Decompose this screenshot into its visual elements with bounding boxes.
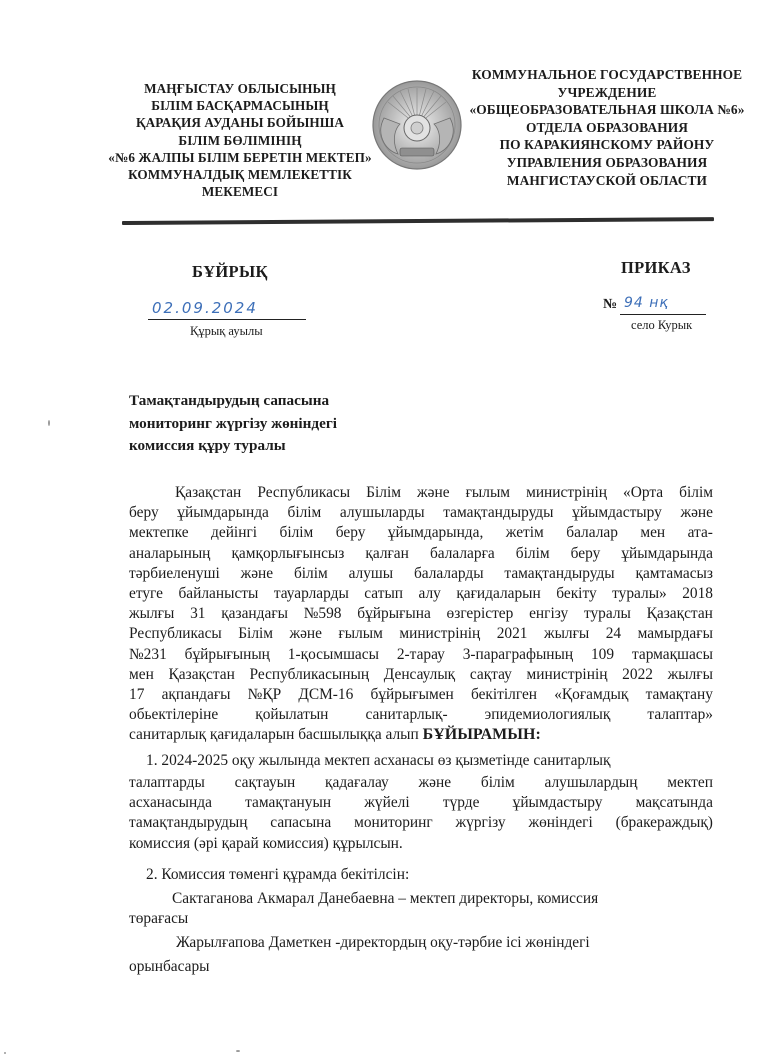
- decree-word: БҰЙЫРАМЫН:: [423, 726, 541, 743]
- word: «Орта: [623, 483, 663, 503]
- word: жылғы: [668, 665, 713, 685]
- word: алу: [419, 584, 441, 604]
- word: ғылым: [338, 624, 382, 644]
- justified-line: мектепкедейінгібілімберуұйымдарында,жеті…: [129, 523, 713, 543]
- header-ru-line: УПРАВЛЕНИЯ ОБРАЗОВАНИЯ: [462, 154, 752, 172]
- item-1-body: талаптардысақтауынқадағалаужәнебілімалуш…: [129, 773, 713, 854]
- word: туралы»: [612, 584, 667, 604]
- word: 24: [606, 624, 621, 644]
- word: жетім: [506, 523, 544, 543]
- word: түрде: [443, 793, 480, 813]
- header-kz-line: БІЛІМ БАСҚАРМАСЫНЫҢ: [100, 97, 380, 114]
- word: ата-: [688, 523, 713, 543]
- word: және: [680, 503, 713, 523]
- word: бекіту: [556, 584, 596, 604]
- word: тамақтану: [646, 685, 713, 705]
- word: асханасында: [129, 793, 212, 813]
- header-ru-line: «ОБЩЕОБРАЗОВАТЕЛЬНАЯ ШКОЛА №6»: [462, 101, 752, 119]
- word: Республикасы: [129, 624, 222, 644]
- scan-speck: [236, 1050, 240, 1052]
- word: 2018: [682, 584, 713, 604]
- justified-line: тәрбиеленушіжәнебілімалушыбалалардытамақ…: [129, 564, 713, 584]
- word: бекітілген: [471, 685, 537, 705]
- word: Қазақстан: [175, 483, 241, 503]
- justified-line: ҚазақстанРеспубликасыБілімжәнеғылымминис…: [129, 483, 713, 503]
- word: Қазақстан: [169, 665, 235, 685]
- word: Білім: [238, 624, 273, 644]
- word: мақсатында: [636, 793, 713, 813]
- order-number-sign: №: [603, 297, 617, 313]
- date-underline: [148, 319, 306, 320]
- word: тармақшасы: [632, 645, 713, 665]
- justified-line: обьектілерінеқойылатынсанитарлық-эпидеми…: [129, 705, 713, 725]
- word: ұйымдарында,: [388, 523, 483, 543]
- word: эпидемиологиялық: [485, 705, 611, 725]
- word: санитарлық-: [365, 705, 447, 725]
- order-date-handwritten: 02.09.2024: [152, 299, 258, 317]
- document-page: МАҢҒЫСТАУ ОБЛЫСЫНЫҢ БІЛІМ БАСҚАРМАСЫНЫҢ …: [0, 0, 768, 1056]
- word: «Қоғамдық: [554, 685, 628, 705]
- word: бұйрығының: [185, 645, 270, 665]
- word: мектепке: [129, 523, 189, 543]
- item-2: 2. Комиссия төменгі құрамда бекітілсін:: [146, 866, 409, 884]
- number-underline: [620, 314, 706, 315]
- order-number-handwritten: 94 нқ: [624, 295, 669, 311]
- word: және: [417, 483, 450, 503]
- word: тамақтандыруды: [443, 503, 553, 523]
- header-ru-line: ОТДЕЛА ОБРАЗОВАНИЯ: [462, 119, 752, 137]
- word: талаптар»: [647, 705, 713, 725]
- preamble: ҚазақстанРеспубликасыБілімжәнеғылымминис…: [129, 483, 713, 746]
- word: білім: [294, 564, 328, 584]
- word: сақтауын: [235, 773, 296, 793]
- justified-line: тамақтандырудыңсапасынамониторингжүргізу…: [129, 813, 713, 833]
- word: министрінің: [527, 665, 608, 685]
- word: 109: [591, 645, 614, 665]
- place-kz: Құрық ауылы: [190, 324, 263, 339]
- word: жылғы: [129, 604, 174, 624]
- preamble-text: санитарлық қағидаларын басшылыққа алып: [129, 726, 423, 743]
- word: балаларға: [430, 544, 495, 564]
- header-divider: [122, 217, 714, 225]
- word: тәрбиеленуші: [129, 564, 220, 584]
- word: ғылым: [466, 483, 510, 503]
- word: беру: [336, 523, 366, 543]
- word: №231: [129, 645, 167, 665]
- word: Республикасы: [257, 483, 350, 503]
- word: №ҚР: [248, 685, 282, 705]
- word: қағидаларын: [456, 584, 540, 604]
- word: жүйелі: [364, 793, 409, 813]
- word: 2022: [622, 665, 653, 685]
- subject-line: Тамақтандырудың сапасына: [129, 390, 337, 413]
- word: ұйымдастыру: [572, 503, 662, 523]
- word: 2-тарау: [397, 645, 445, 665]
- word: және: [419, 773, 452, 793]
- scan-speck: [4, 1052, 6, 1054]
- order-title-ru: ПРИКАЗ: [621, 258, 691, 278]
- word: қойылатын: [255, 705, 328, 725]
- word: білім: [279, 523, 313, 543]
- item-1-first-line: 1. 2024-2025 оқу жылында мектеп асханасы…: [146, 752, 610, 770]
- justified-line: 17ақпандағы№ҚРДСМ-16бұйрығыменбекітілген…: [129, 685, 713, 705]
- justified-line: жылғы31қазандағы№598бұйрығынаөзгерістере…: [129, 604, 713, 624]
- word: жүргізу: [456, 813, 506, 833]
- word: ақпандағы: [162, 685, 231, 705]
- word: туралы: [584, 604, 631, 624]
- header-ru-line: МАНГИСТАУСКОЙ ОБЛАСТИ: [462, 172, 752, 190]
- word: №598: [304, 604, 342, 624]
- word: ұйымдарында: [177, 503, 269, 523]
- word: тамақтандыруды: [504, 564, 614, 584]
- word: 2021: [497, 624, 528, 644]
- word: білім: [481, 773, 515, 793]
- word: министрінің: [399, 624, 480, 644]
- word: аналарының: [129, 544, 210, 564]
- word: қадағалау: [325, 773, 389, 793]
- member-2-line-2: орынбасары: [129, 958, 210, 976]
- word: 1-қосымшасы: [288, 645, 379, 665]
- header-ru: КОММУНАЛЬНОЕ ГОСУДАРСТВЕННОЕ УЧРЕЖДЕНИЕ …: [462, 66, 752, 189]
- member-2-line-1: Жарылғапова Даметкен -директордың оқу-тә…: [176, 934, 590, 952]
- header-kz-line: «№6 ЖАЛПЫ БІЛІМ БЕРЕТІН МЕКТЕП»: [100, 149, 380, 166]
- member-1-line-2: төрағасы: [129, 910, 188, 928]
- word: және: [241, 564, 274, 584]
- word: жылғы: [544, 624, 589, 644]
- word: қазандағы: [221, 604, 288, 624]
- word: мониторинг: [354, 813, 433, 833]
- justified-line: етугебайланыстытауарлардысатыпалуқағидал…: [129, 584, 713, 604]
- word: мамырдағы: [638, 624, 713, 644]
- word: талаптарды: [129, 773, 205, 793]
- word: мен: [129, 665, 154, 685]
- word: алушы: [349, 564, 394, 584]
- word: қамтамасыз: [635, 564, 713, 584]
- word: бұйрығына: [357, 604, 431, 624]
- subject-line: комиссия құру туралы: [129, 435, 337, 458]
- word: етуге: [129, 584, 163, 604]
- word: сақтау: [470, 665, 512, 685]
- word: ДСМ-16: [298, 685, 353, 705]
- word: бұйрығымен: [371, 685, 454, 705]
- word: тауарларды: [274, 584, 349, 604]
- member-1-line-1: Сактаганова Акмарал Данебаевна – мектеп …: [172, 890, 598, 908]
- justified-line: №231бұйрығының1-қосымшасы2-тарау3-парагр…: [129, 645, 713, 665]
- word: жөніндегі: [528, 813, 592, 833]
- word: балалар: [566, 523, 618, 543]
- word: ұйымдарында: [621, 544, 713, 564]
- justified-line: беруұйымдарындабілімалушылардытамақтанды…: [129, 503, 713, 523]
- word: білім: [679, 483, 713, 503]
- word: өзгерістер: [447, 604, 514, 624]
- word: тамақтануын: [245, 793, 331, 813]
- preamble-last-line: санитарлық қағидаларын басшылыққа алып Б…: [129, 725, 713, 745]
- word: қамқорлығынсыз: [231, 544, 344, 564]
- header-kz-line: КОММУНАЛДЫҚ МЕМЛЕКЕТТІК: [100, 166, 380, 183]
- word: алушыларды: [340, 503, 425, 523]
- header-ru-line: ПО КАРАКИЯНСКОМУ РАЙОНУ: [462, 136, 752, 154]
- word: беру: [571, 544, 601, 564]
- header-ru-line: КОММУНАЛЬНОЕ ГОСУДАРСТВЕННОЕ: [462, 66, 752, 84]
- word: қалған: [365, 544, 409, 564]
- word: сатып: [364, 584, 403, 604]
- word: дейінгі: [211, 523, 257, 543]
- word: тамақтандырудың: [129, 813, 247, 833]
- word: 3-параграфының: [463, 645, 573, 665]
- justified-line: асханасындатамақтануынжүйелітүрдеұйымдас…: [129, 793, 713, 813]
- word: беру: [129, 503, 159, 523]
- word: алушылардың: [545, 773, 638, 793]
- word: ұйымдастыру: [513, 793, 603, 813]
- justified-line: РеспубликасыБілімжәнеғылымминистрінің202…: [129, 624, 713, 644]
- header-ru-line: УЧРЕЖДЕНИЕ: [462, 84, 752, 102]
- scan-speck: [48, 420, 50, 426]
- subject-line: мониторинг жүргізу жөніндегі: [129, 413, 337, 436]
- word: сапасына: [270, 813, 331, 833]
- justified-line: менҚазақстанРеспубликасыныңДенсаулықсақт…: [129, 665, 713, 685]
- order-subject: Тамақтандырудың сапасына мониторинг жүрг…: [129, 390, 337, 458]
- word: министрінің: [526, 483, 607, 503]
- header-kz-line: МАҢҒЫСТАУ ОБЛЫСЫНЫҢ: [100, 80, 380, 97]
- word: білім: [516, 544, 550, 564]
- header-kz: МАҢҒЫСТАУ ОБЛЫСЫНЫҢ БІЛІМ БАСҚАРМАСЫНЫҢ …: [100, 80, 380, 200]
- word: мектеп: [667, 773, 713, 793]
- word: (бракераждық): [616, 813, 713, 833]
- place-ru: село Курык: [631, 318, 692, 333]
- item-1-last-line: комиссия (әрі қарай комиссия) құрылсын.: [129, 834, 713, 854]
- word: обьектілеріне: [129, 705, 218, 725]
- justified-line: талаптардысақтауынқадағалаужәнебілімалуш…: [129, 773, 713, 793]
- word: және: [289, 624, 322, 644]
- header-kz-line: ҚАРАҚИЯ АУДАНЫ БОЙЫНША: [100, 114, 380, 131]
- word: 17: [129, 685, 144, 705]
- word: Республикасының: [250, 665, 370, 685]
- justified-line: аналарыныңқамқорлығынсызқалғанбалаларғаб…: [129, 544, 713, 564]
- word: Қазақстан: [647, 604, 713, 624]
- state-emblem-icon: [370, 78, 464, 172]
- word: білім: [287, 503, 321, 523]
- word: балаларды: [414, 564, 484, 584]
- word: Білім: [366, 483, 401, 503]
- word: Денсаулық: [384, 665, 455, 685]
- word: мен: [640, 523, 665, 543]
- header-kz-line: БІЛІМ БӨЛІМІНІҢ: [100, 132, 380, 149]
- order-title-kz: БҰЙРЫҚ: [192, 262, 268, 282]
- word: 31: [190, 604, 205, 624]
- word: байланысты: [178, 584, 258, 604]
- word: енгізу: [529, 604, 568, 624]
- header-kz-line: МЕКЕМЕСІ: [100, 183, 380, 200]
